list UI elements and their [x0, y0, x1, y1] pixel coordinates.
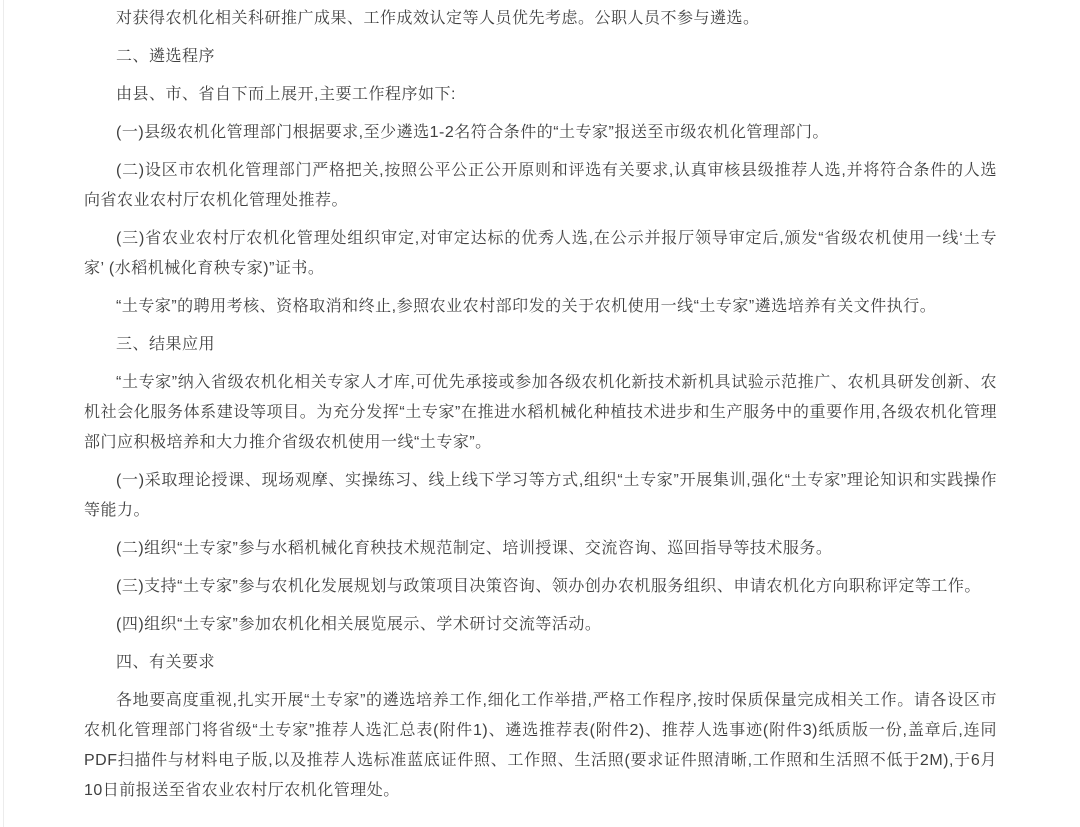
paragraph: 由县、市、省自下而上展开,主要工作程序如下: — [84, 80, 997, 110]
section-heading-result-application: 三、结果应用 — [84, 330, 997, 360]
section-heading-selection-procedure: 二、遴选程序 — [84, 42, 997, 72]
paragraph: “土专家”纳入省级农机化相关专家人才库,可优先承接或参加各级农机化新技术新机具试… — [84, 368, 997, 458]
paragraph: 对获得农机化相关科研推广成果、工作成效认定等人员优先考虑。公职人员不参与遴选。 — [84, 4, 997, 34]
list-item-1: (一)县级农机化管理部门根据要求,至少遴选1-2名符合条件的“土专家”报送至市级… — [84, 118, 997, 148]
section-heading-requirements: 四、有关要求 — [84, 648, 997, 678]
list-item-1: (一)采取理论授课、现场观摩、实操练习、线上线下学习等方式,组织“土专家”开展集… — [84, 466, 997, 526]
list-item-4: (四)组织“土专家”参加农机化相关展览展示、学术研讨交流等活动。 — [84, 610, 997, 640]
paragraph: 各地要高度重视,扎实开展“土专家”的遴选培养工作,细化工作举措,严格工作程序,按… — [84, 686, 997, 806]
list-item-3: (三)支持“土专家”参与农机化发展规划与政策项目决策咨询、领办创办农机服务组织、… — [84, 572, 997, 602]
document-page: 对获得农机化相关科研推广成果、工作成效认定等人员优先考虑。公职人员不参与遴选。 … — [0, 0, 1080, 806]
list-item-2: (二)设区市农机化管理部门严格把关,按照公平公正公开原则和评选有关要求,认真审核… — [84, 156, 997, 216]
paragraph: “土专家”的聘用考核、资格取消和终止,参照农业农村部印发的关于农机使用一线“土专… — [84, 292, 997, 322]
list-item-3: (三)省农业农村厅农机化管理处组织审定,对审定达标的优秀人选,在公示并报厅领导审… — [84, 224, 997, 284]
list-item-2: (二)组织“土专家”参与水稻机械化育秧技术规范制定、培训授课、交流咨询、巡回指导… — [84, 534, 997, 564]
page-left-border — [3, 0, 4, 827]
